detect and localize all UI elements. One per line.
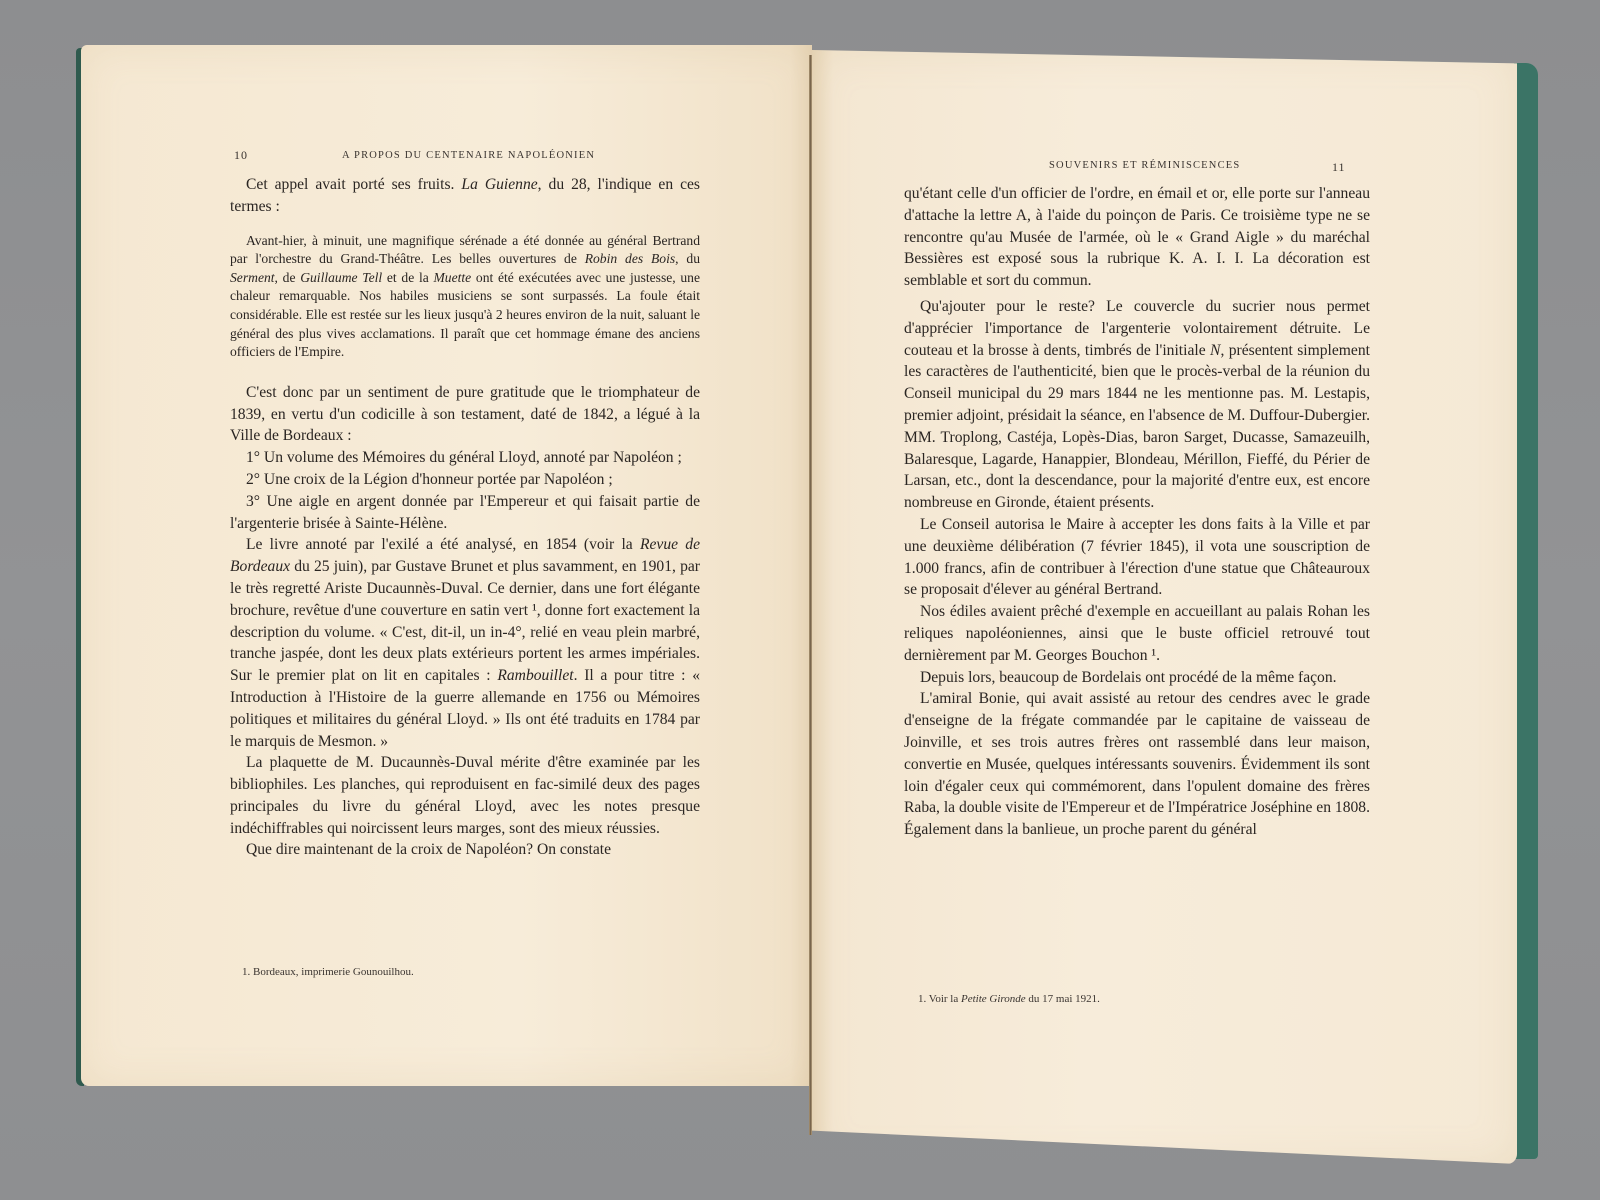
ediles-paragraph: Nos édiles avaient prêché d'exemple en a… xyxy=(904,601,1370,666)
left-page-text: Cet appel avait porté ses fruits. La Gui… xyxy=(230,174,700,861)
amiral-paragraph: L'amiral Bonie, qui avait assisté au ret… xyxy=(904,688,1370,841)
book-cover-right-edge xyxy=(1514,63,1538,1159)
right-footnote: 1. Voir la Petite Gironde du 17 mai 1921… xyxy=(918,993,1100,1005)
paragraph-text: , présentent simplement les caractères d… xyxy=(904,342,1370,512)
right-running-head: Souvenirs et réminiscences xyxy=(1049,160,1240,171)
left-page-number: 10 xyxy=(234,148,248,163)
plaquette-paragraph: La plaquette de M. Ducaunnès-Duval mérit… xyxy=(230,752,700,839)
intro-newspaper-title: La Guienne xyxy=(461,176,537,193)
ajouter-paragraph: Qu'ajouter pour le reste? Le couvercle d… xyxy=(904,296,1370,514)
left-running-head: A propos du centenaire napoléonien xyxy=(342,150,595,161)
binding-inscription: Rambouillet xyxy=(497,667,573,684)
book-gutter xyxy=(809,55,812,1135)
bequest-item-3: 3° Une aigle en argent donnée par l'Empe… xyxy=(230,491,700,535)
left-footnote: 1. Bordeaux, imprimerie Gounouilhou. xyxy=(242,966,414,978)
paragraph-text: Le livre annoté par l'exilé a été analys… xyxy=(246,536,640,553)
quote-text: , de xyxy=(275,270,301,285)
quote-opera-title: Guillaume Tell xyxy=(300,270,382,285)
bequest-item-1: 1° Un volume des Mémoires du général Llo… xyxy=(230,447,700,469)
gratitude-paragraph: C'est donc par un sentiment de pure grat… xyxy=(230,382,700,447)
depuis-paragraph: Depuis lors, beaucoup de Bordelais ont p… xyxy=(904,667,1370,689)
newspaper-quote: Avant-hier, à minuit, une magnifique sér… xyxy=(230,232,700,362)
annotated-book-paragraph: Le livre annoté par l'exilé a été analys… xyxy=(230,534,700,752)
footnote-newspaper-title: Petite Gironde xyxy=(961,993,1026,1005)
initial-letter: N xyxy=(1210,342,1220,359)
footnote-text: 1. Voir la xyxy=(918,993,961,1005)
paragraph-text: du 25 juin), par Gustave Brunet et plus … xyxy=(230,558,700,684)
bequest-item-2: 2° Une croix de la Légion d'honneur port… xyxy=(230,469,700,491)
quote-text: et de la xyxy=(382,270,433,285)
intro-paragraph: Cet appel avait porté ses fruits. La Gui… xyxy=(230,174,700,218)
quote-opera-title: Serment xyxy=(230,270,275,285)
quote-text: , du xyxy=(675,251,700,266)
quote-opera-title: Robin des Bois xyxy=(585,251,675,266)
right-page-number: 11 xyxy=(1332,160,1346,175)
croix-paragraph: Que dire maintenant de la croix de Napol… xyxy=(230,839,700,861)
quote-opera-title: Muette xyxy=(433,270,471,285)
right-page-text: qu'étant celle d'un officier de l'ordre,… xyxy=(904,183,1370,841)
footnote-text: du 17 mai 1921. xyxy=(1026,993,1100,1005)
conseil-paragraph: Le Conseil autorisa le Maire à accepter … xyxy=(904,514,1370,601)
intro-text: Cet appel avait porté ses fruits. xyxy=(246,176,461,193)
scan-background: 10 A propos du centenaire napoléonien Ce… xyxy=(0,0,1600,1200)
continuation-paragraph: qu'étant celle d'un officier de l'ordre,… xyxy=(904,183,1370,292)
